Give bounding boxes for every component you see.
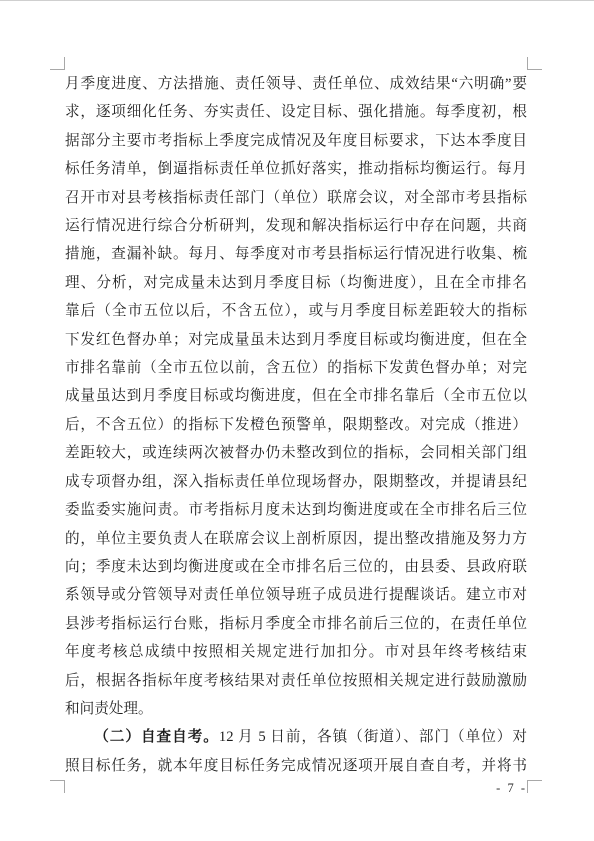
text-line: 的，单位主要负责人在联席会议上剖析原因，提出整改措施及努力方 (65, 525, 527, 553)
text-line: 成量虽达到月季度目标或均衡进度，但在全市排名靠后（全市五位以 (65, 382, 527, 410)
text-line: 下发红色督办单；对完成量虽未达到月季度目标或均衡进度，但在全 (65, 326, 527, 354)
text-line: 成专项督办组，深入指标责任单位现场督办，限期整改，并提请县纪 (65, 468, 527, 496)
text-line: 运行情况进行综合分析研判，发现和解决指标运行中存在问题，共商 (65, 212, 527, 240)
text-line: 月季度进度、方法措施、责任领导、责任单位、成效结果“六明确”要 (65, 70, 527, 98)
text-line: 召开市对县考核指标责任部门（单位）联席会议，对全部市考县指标 (65, 184, 527, 212)
page-number: - 7 - (427, 781, 527, 795)
text-line: 委监委实施问责。市考指标月度未达到均衡进度或在全市排名后三位 (65, 496, 527, 524)
text-line: 后，不含五位）的指标下发橙色预警单，限期整改。对完成（推进） (65, 411, 527, 439)
document-page: { "document": { "lines": [ {"text": "月季度… (0, 0, 594, 841)
page-top-edge (0, 0, 594, 1)
crop-mark-bottom-right (527, 780, 542, 793)
crop-mark-top-right (527, 57, 542, 70)
text-line: 靠后（全市五位以后，不含五位），或与月季度目标差距较大的指标 (65, 297, 527, 325)
text-line: 向；季度未达到均衡进度或在全市排名后三位的，由县委、县政府联 (65, 553, 527, 581)
text-line: 系领导或分管领导对责任单位领导班子成员进行提醒谈话。建立市对 (65, 581, 527, 609)
text-line: 照目标任务，就本年度目标任务完成情况逐项开展自查自考，并将书 (65, 752, 527, 780)
text-line: 差距较大，或连续两次被督办仍未整改到位的指标，会同相关部门组 (65, 439, 527, 467)
section-heading-run: （二）自查自考。 (94, 729, 219, 745)
crop-mark-bottom-left (50, 780, 65, 793)
document-body: 月季度进度、方法措施、责任领导、责任单位、成效结果“六明确”要求，逐项细化任务、… (65, 70, 527, 780)
text-line: 和问责处理。 (65, 695, 527, 723)
text-line: 县涉考指标运行台账，指标月季度全市排名前后三位的，在责任单位 (65, 610, 527, 638)
text-line: 措施，查漏补缺。每月、每季度对市考县指标运行情况进行收集、梳 (65, 240, 527, 268)
crop-mark-top-left (50, 57, 65, 70)
text-line: 后，根据各指标年度考核结果对责任单位按照相关规定进行鼓励激励 (65, 667, 527, 695)
text-line: 年度考核总成绩中按照相关规定进行加扣分。市对县年终考核结束 (65, 638, 527, 666)
text-line: 据部分主要市考指标上季度完成情况及年度目标要求，下达本季度目 (65, 127, 527, 155)
text-line: 求，逐项细化任务、夯实责任、设定目标、强化措施。每季度初，根 (65, 98, 527, 126)
text-line: 市排名靠前（全市五位以前，含五位）的指标下发黄色督办单；对完 (65, 354, 527, 382)
text-line: 理、分析，对完成量未达到月季度目标（均衡进度），且在全市排名 (65, 269, 527, 297)
text-line: （二）自查自考。12 月 5 日前，各镇（街道）、部门（单位）对 (65, 723, 527, 751)
text-line: 标任务清单，倒逼指标责任单位抓好落实，推动指标均衡运行。每月 (65, 155, 527, 183)
